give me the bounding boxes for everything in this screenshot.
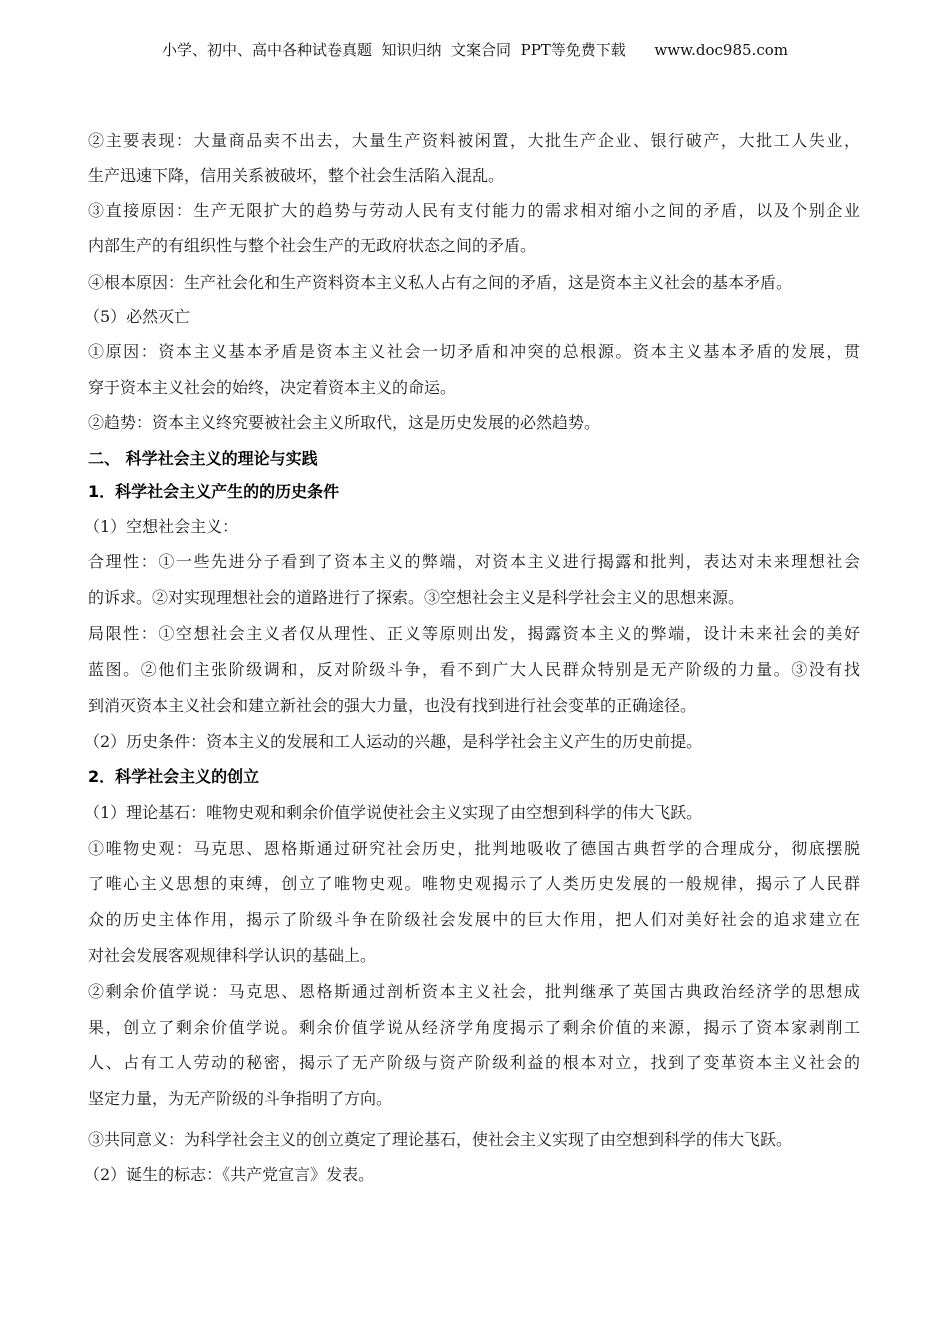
paragraph-line: （2）诞生的标志：《共产党宣言》发表。 (84, 1164, 374, 1186)
paragraph-line: 了唯心主义思想的束缚，创立了唯物史观。唯物史观揭示了人类历史发展的一般规律，揭示… (88, 873, 860, 895)
paragraph-line: 果，创立了剩余价值学说。剩余价值学说从经济学角度揭示了剩余价值的来源，揭示了资本… (88, 1017, 860, 1039)
paragraph-line: ①唯物史观：马克思、恩格斯通过研究社会历史，批判地吸收了德国古典哲学的合理成分，… (88, 838, 860, 860)
section-heading: 2．科学社会主义的创立 (88, 766, 259, 788)
paragraph-line: ③共同意义：为科学社会主义的创立奠定了理论基石，使社会主义实现了由空想到科学的伟… (88, 1129, 792, 1151)
paragraph-line: （2）历史条件：资本主义的发展和工人运动的兴趣，是科学社会主义产生的历史前提。 (84, 731, 702, 753)
section-heading: 二、 科学社会主义的理论与实践 (88, 448, 318, 470)
paragraph-line: 坚定力量，为无产阶级的斗争指明了方向。 (88, 1088, 392, 1110)
paragraph-line: ②趋势：资本主义终究要被社会主义所取代，这是历史发展的必然趋势。 (88, 412, 600, 434)
paragraph-line: 到消灭资本主义社会和建立新社会的强大力量，也没有找到进行社会变革的正确途径。 (88, 695, 696, 717)
section-heading: 1．科学社会主义产生的的历史条件 (88, 481, 339, 503)
paragraph-line: ②剩余价值学说：马克思、恩格斯通过剖析资本主义社会，批判继承了英国古典政治经济学… (88, 981, 860, 1003)
paragraph-line: ②主要表现：大量商品卖不出去，大量生产资料被闲置，大批生产企业、银行破产，大批工… (88, 130, 860, 152)
paragraph-line: 合理性：①一些先进分子看到了资本主义的弊端，对资本主义进行揭露和批判，表达对未来… (88, 551, 860, 573)
paragraph-line: 众的历史主体作用，揭示了阶级斗争在阶级社会发展中的巨大作用，把人们对美好社会的追… (88, 909, 860, 931)
paragraph-line: （1）空想社会主义： (84, 516, 238, 538)
paragraph-line: 局限性：①空想社会主义者仅从理性、正义等原则出发，揭露资本主义的弊端，设计未来社… (88, 623, 860, 645)
paragraph-line: 蓝图。②他们主张阶级调和，反对阶级斗争，看不到广大人民群众特别是无产阶级的力量。… (88, 659, 860, 681)
paragraph-line: ④根本原因：生产社会化和生产资料资本主义私人占有之间的矛盾，这是资本主义社会的基… (88, 272, 792, 294)
paragraph-line: 的诉求。②对实现理想社会的道路进行了探索。③空想社会主义是科学社会主义的思想来源… (88, 587, 744, 609)
paragraph-line: 生产迅速下降，信用关系被破坏，整个社会生活陷入混乱。 (88, 165, 504, 187)
paragraph-line: ①原因：资本主义基本矛盾是资本主义社会一切矛盾和冲突的总根源。资本主义基本矛盾的… (88, 341, 860, 363)
page-header: 小学、初中、高中各种试卷真题 知识归纳 文案合同 PPT等免费下载 www.do… (0, 38, 950, 62)
paragraph-line: 穿于资本主义社会的始终，决定着资本主义的命运。 (88, 377, 456, 399)
paragraph-line: （5）必然灭亡 (84, 306, 190, 328)
paragraph-line: （1）理论基石：唯物史观和剩余价值学说使社会主义实现了由空想到科学的伟大飞跃。 (84, 802, 702, 824)
paragraph-line: ③直接原因：生产无限扩大的趋势与劳动人民有支付能力的需求相对缩小之间的矛盾，以及… (88, 200, 860, 222)
paragraph-line: 人、占有工人劳动的秘密，揭示了无产阶级与资产阶级利益的根本对立，找到了变革资本主… (88, 1052, 860, 1074)
paragraph-line: 对社会发展客观规律科学认识的基础上。 (88, 945, 376, 967)
paragraph-line: 内部生产的有组织性与整个社会生产的无政府状态之间的矛盾。 (88, 235, 536, 257)
